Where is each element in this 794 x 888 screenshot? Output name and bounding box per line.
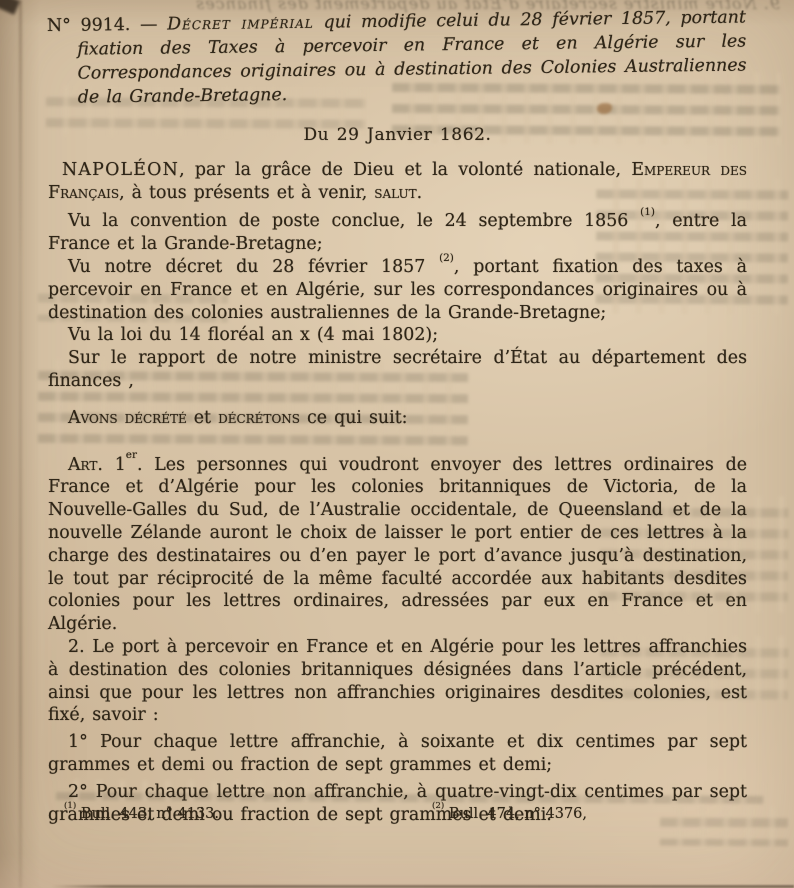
footnote-text: Bull. 443, n° 4133. xyxy=(76,806,219,822)
footnote-marker: (1) xyxy=(64,801,76,811)
footnote-right: (2) Bull. 474, n° 4376, xyxy=(432,806,587,822)
salut-word: salut xyxy=(374,183,416,203)
page-gutter-shadow xyxy=(19,0,22,888)
emperor-name: NAPOLÉON xyxy=(62,160,179,180)
enacting-sc: décrétons xyxy=(218,408,300,428)
salutation-paragraph: NAPOLÉON, par la grâce de Dieu et la vol… xyxy=(48,159,747,205)
article-1-body: Les personnes qui voudront envoyer des l… xyxy=(48,455,747,635)
decree-headnote: N° 9914. — Décret impérial qui modifie c… xyxy=(47,5,747,110)
recital-rapport: Sur le rapport de notre ministre secréta… xyxy=(48,347,747,393)
enacting-text: et xyxy=(187,408,218,428)
article-2-paragraph: 2. Le port à percevoir en France et en A… xyxy=(48,636,747,727)
article-1-dot: . xyxy=(137,455,154,475)
decree-text: N° 9914. — Décret impérial qui modifie c… xyxy=(48,14,747,826)
tariff-item-1: 1° Pour chaque lettre affranchie, à soix… xyxy=(48,731,747,777)
salutation-text: . xyxy=(417,183,423,203)
footnote-ref-1: (1) xyxy=(640,206,655,218)
article-1-paragraph: Art. 1er. Les personnes qui voudront env… xyxy=(48,454,747,636)
salutation-text: , par la grâce de Dieu et la volonté nat… xyxy=(179,160,631,180)
enacting-formula: Avons décrété et décrétons ce qui suit: xyxy=(48,407,747,430)
footnote-ref-2: (2) xyxy=(439,252,454,264)
footnote-text: Bull. 474, n° 4376, xyxy=(444,806,587,822)
corner-ink-mark xyxy=(0,0,20,15)
article-1-label: Art. 1 xyxy=(68,455,126,475)
footnote-left: (1) Bull. 443, n° 4133. xyxy=(64,806,219,822)
recital-convention: Vu la convention de poste conclue, le 24… xyxy=(48,210,747,256)
decree-title: Décret impérial xyxy=(167,13,314,35)
decree-dateline: Du 29 Janvier 1862. xyxy=(48,124,747,147)
enacting-text: ce qui suit: xyxy=(300,408,408,428)
enacting-sc: Avons décrété xyxy=(68,408,187,428)
footnotes-row: (1) Bull. 443, n° 4133. (2) Bull. 474, n… xyxy=(48,806,747,836)
recital-decret: Vu notre décret du 28 février 1857 (2), … xyxy=(48,256,747,324)
recital-loi: Vu la loi du 14 floréal an x (4 mai 1802… xyxy=(48,324,747,347)
article-1-ordinal: er xyxy=(126,449,137,461)
recital-text: Vu notre décret du 28 février 1857 xyxy=(68,257,439,277)
recital-text: Vu la convention de poste conclue, le 24… xyxy=(68,211,640,231)
footnote-marker: (2) xyxy=(432,801,444,811)
scanned-decree-page: 9. Notre ministre secrétaire d’État au d… xyxy=(0,0,794,888)
decree-number: N° 9914. — xyxy=(47,15,167,36)
salutation-text: , à tous présents et à venir, xyxy=(119,183,374,203)
